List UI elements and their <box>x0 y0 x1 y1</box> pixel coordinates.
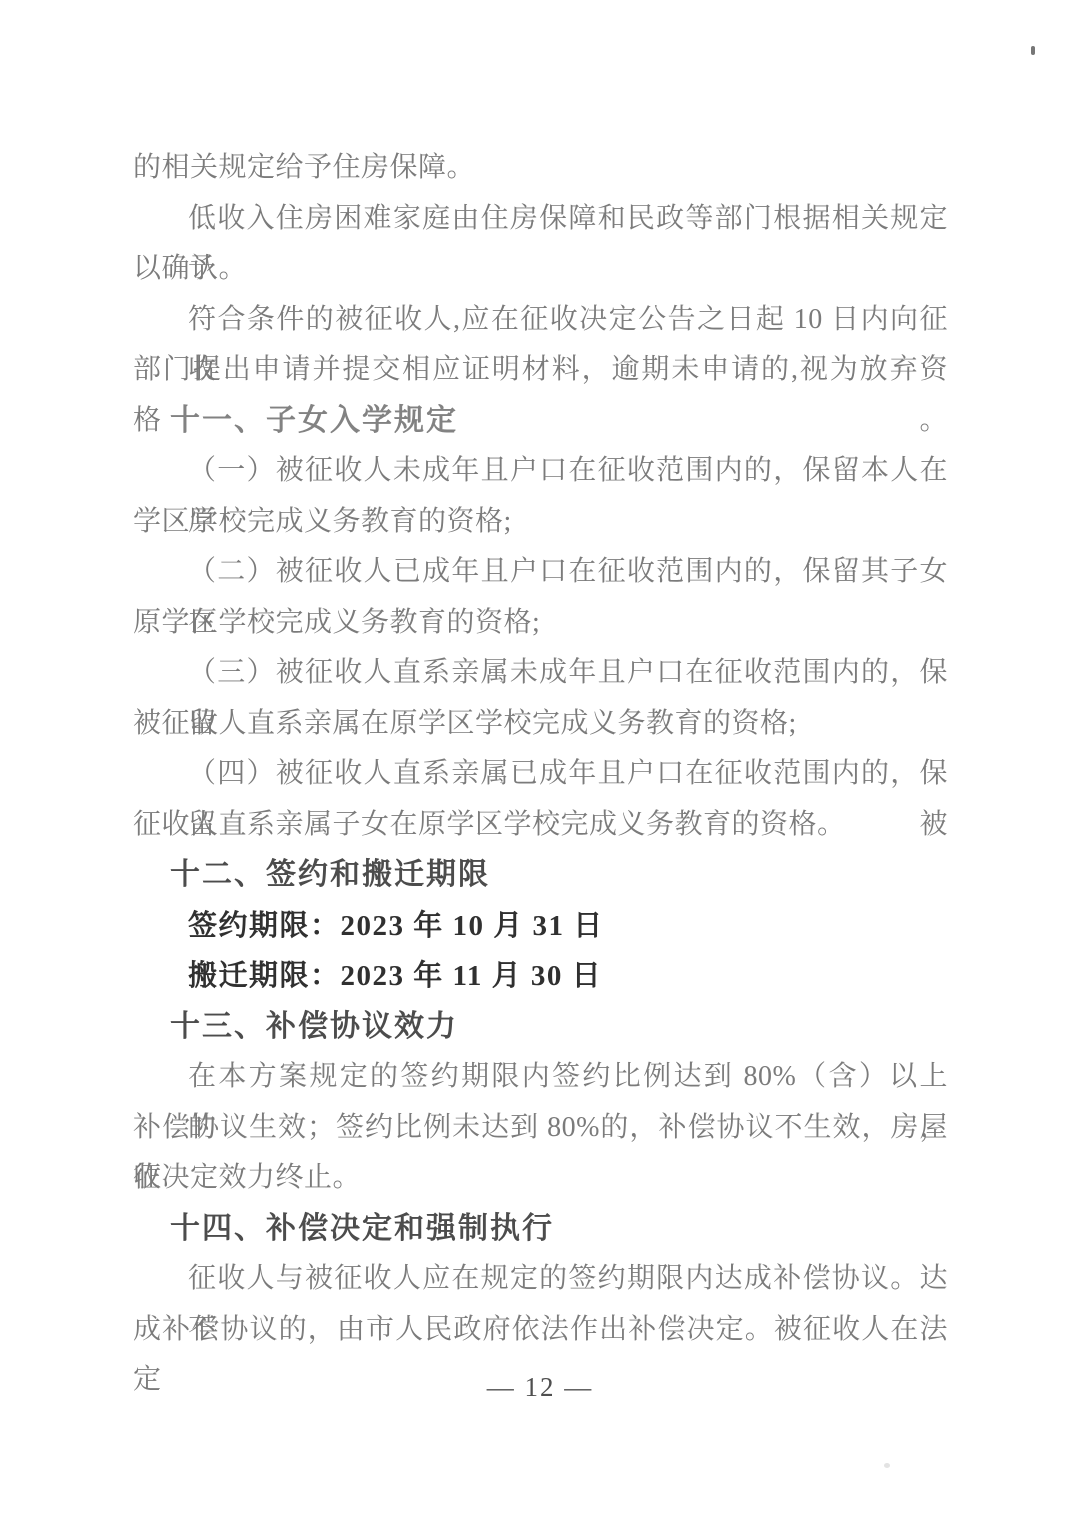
page-number: — 12 — <box>0 1372 1080 1403</box>
date-line: 签约期限：2023 年 10 月 31 日 <box>133 901 948 952</box>
text-line: 在本方案规定的签约期限内签约比例达到 80%（含）以上的， <box>133 1052 948 1103</box>
text-line: （一）被征收人未成年且户口在征收范围内的，保留本人在原 <box>133 446 948 497</box>
section-heading: 十三、补偿协议效力 <box>133 1002 948 1053</box>
date-line: 搬迁期限：2023 年 11 月 30 日 <box>133 951 948 1002</box>
scan-speck-artifact <box>1031 46 1035 55</box>
text-line: 征收人与被征收人应在规定的签约期限内达成补偿协议。达不 <box>133 1254 948 1305</box>
text-line: 部门提出申请并提交相应证明材料，逾期未申请的,视为放弃资格。 <box>133 345 948 396</box>
text-line: 以确认。 <box>133 244 948 295</box>
text-line: 成补偿协议的，由市人民政府依法作出补偿决定。被征收人在法定 <box>133 1305 948 1356</box>
text-line: 低收入住房困难家庭由住房保障和民政等部门根据相关规定予 <box>133 194 948 245</box>
text-line: 的相关规定给予住房保障。 <box>133 143 948 194</box>
text-line: 符合条件的被征收人,应在征收决定公告之日起 10 日内向征收 <box>133 295 948 346</box>
text-line: 原学区学校完成义务教育的资格; <box>133 598 948 649</box>
section-heading: 十二、签约和搬迁期限 <box>133 850 948 901</box>
text-line: （三）被征收人直系亲属未成年且户口在征收范围内的，保留 <box>133 648 948 699</box>
document-text-block: 的相关规定给予住房保障。低收入住房困难家庭由住房保障和民政等部门根据相关规定予以… <box>133 143 948 1355</box>
document-page: 的相关规定给予住房保障。低收入住房困难家庭由住房保障和民政等部门根据相关规定予以… <box>0 0 1080 1527</box>
section-heading: 十四、补偿决定和强制执行 <box>133 1204 948 1255</box>
text-line: 被征收人直系亲属在原学区学校完成义务教育的资格; <box>133 699 948 750</box>
text-line: （四）被征收人直系亲属已成年且户口在征收范围内的，保留被 <box>133 749 948 800</box>
text-line: 学区学校完成义务教育的资格; <box>133 497 948 548</box>
text-line: 收决定效力终止。 <box>133 1153 948 1204</box>
text-line: 征收人直系亲属子女在原学区学校完成义务教育的资格。 <box>133 800 948 851</box>
text-line: 补偿协议生效；签约比例未达到 80%的，补偿协议不生效，房屋征 <box>133 1103 948 1154</box>
text-line: （二）被征收人已成年且户口在征收范围内的，保留其子女在 <box>133 547 948 598</box>
scan-smudge-artifact <box>884 1463 890 1468</box>
